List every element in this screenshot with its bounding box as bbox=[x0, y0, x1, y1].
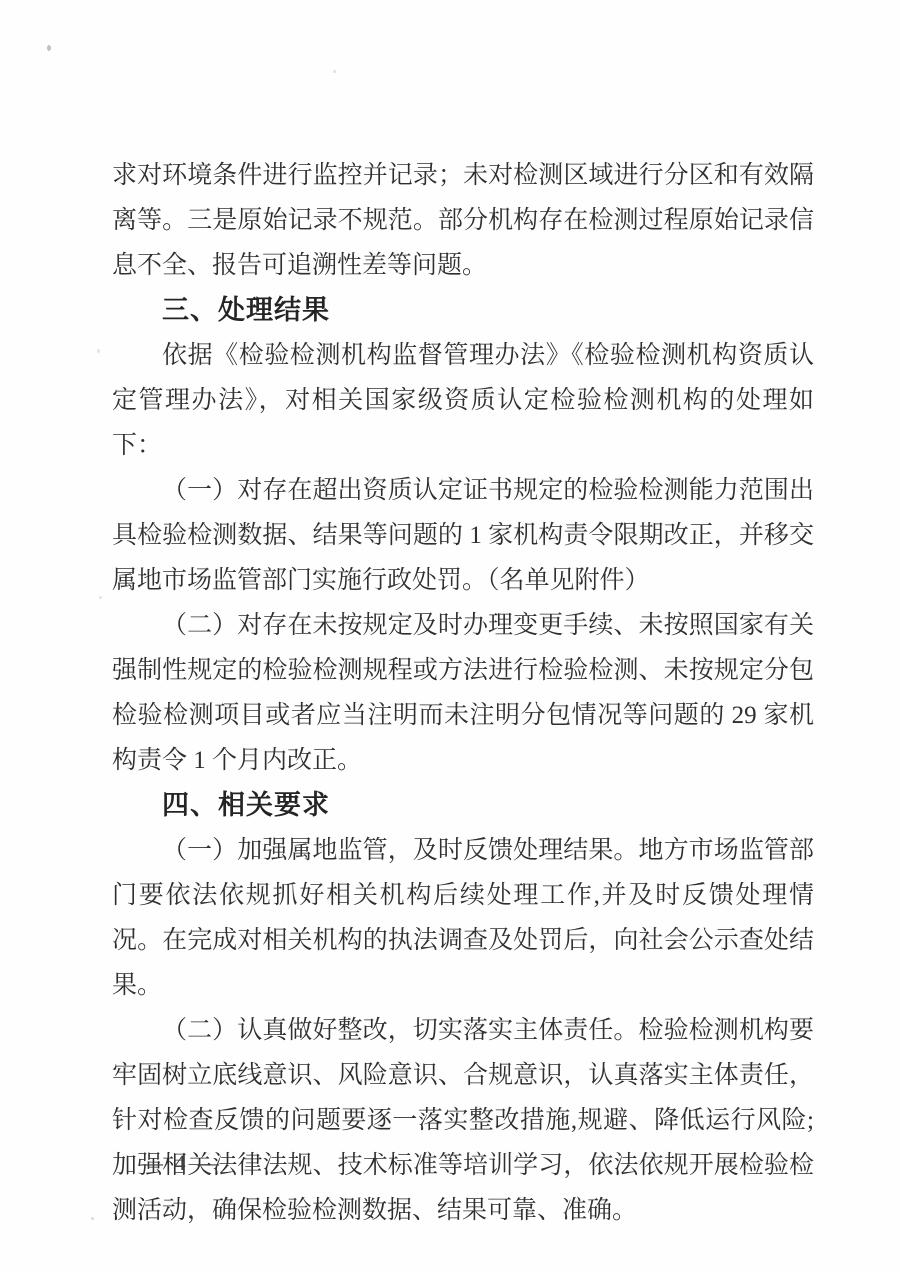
scan-speck bbox=[97, 349, 100, 353]
section-heading-3: 三、处理结果 bbox=[112, 288, 814, 333]
paragraph-requirement-1: （一）加强属地监管，及时反馈处理结果。地方市场监管部门要依法依规抓好相关机构后续… bbox=[112, 828, 814, 1008]
paragraph-item-2: （二）对存在未按规定及时办理变更手续、未按照国家有关强制性规定的检验检测规程或方… bbox=[112, 603, 814, 783]
paragraph-continued: 求对环境条件进行监控并记录；未对检测区域进行分区和有效隔离等。三是原始记录不规范… bbox=[112, 153, 814, 288]
page-number: — 4 — bbox=[141, 1148, 222, 1178]
scanned-document-page: 求对环境条件进行监控并记录；未对检测区域进行分区和有效隔离等。三是原始记录不规范… bbox=[0, 0, 900, 1272]
paragraph-requirement-2: （二）认真做好整改，切实落实主体责任。检验检测机构要牢固树立底线意识、风险意识、… bbox=[112, 1008, 814, 1233]
scan-speck bbox=[47, 45, 51, 51]
scan-speck bbox=[99, 596, 102, 599]
document-body: 求对环境条件进行监控并记录；未对检测区域进行分区和有效隔离等。三是原始记录不规范… bbox=[112, 153, 814, 1233]
scan-speck bbox=[333, 70, 336, 73]
scan-speck bbox=[91, 1217, 94, 1220]
paragraph: 依据《检验检测机构监督管理办法》《检验检测机构资质认定管理办法》，对相关国家级资… bbox=[112, 333, 814, 468]
section-heading-4: 四、相关要求 bbox=[112, 783, 814, 828]
paragraph-item-1: （一）对存在超出资质认定证书规定的检验检测能力范围出具检验检测数据、结果等问题的… bbox=[112, 468, 814, 603]
